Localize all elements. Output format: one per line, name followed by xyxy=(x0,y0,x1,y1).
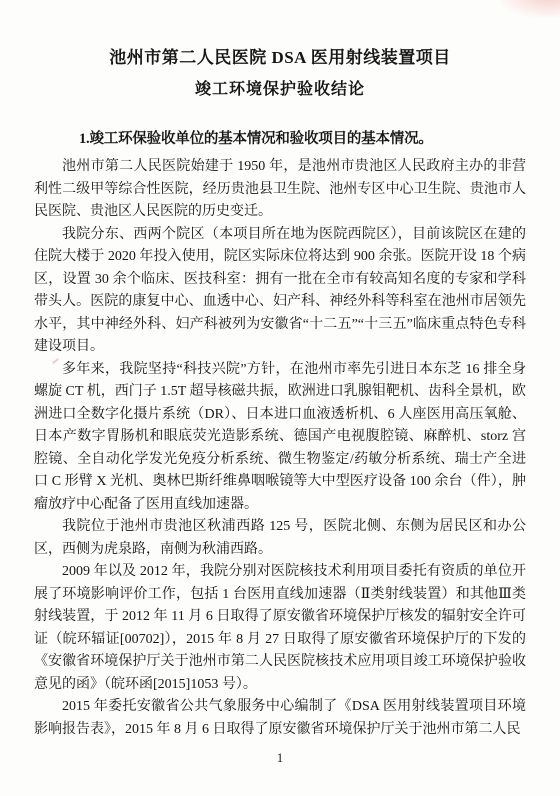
body-paragraph: 2015 年委托安徽省公共气象服务中心编制了《DSA 医用射线装置项目环境影响报… xyxy=(34,696,526,741)
page-number: 1 xyxy=(0,750,560,766)
document-title-line2: 竣工环境保护验收结论 xyxy=(34,80,526,100)
body-paragraph: 我院分东、西两个院区（本项目所在地为医院西院区），目前该院区在建的住院大楼于 2… xyxy=(34,224,526,359)
body-paragraph: 我院位于池州市贵池区秋浦西路 125 号，医院北侧、东侧为居民区和办公区，西侧为… xyxy=(34,516,526,561)
body-paragraph: 2009 年以及 2012 年，我院分别对医院核技术利用项目委托有资质的单位开展… xyxy=(34,561,526,696)
section-heading: 1.竣工环保验收单位的基本情况和验收项目的基本情况。 xyxy=(34,129,526,149)
document-page: 池州市第二人民医院 DSA 医用射线装置项目 竣工环境保护验收结论 1.竣工环保… xyxy=(0,0,560,796)
body-paragraph: 多年来，我院坚持“科技兴院”方针，在池州市率先引进日本东芝 16 排全身螺旋 C… xyxy=(34,359,526,517)
document-title-line1: 池州市第二人民医院 DSA 医用射线装置项目 xyxy=(34,0,526,68)
body-paragraph: 池州市第二人民医院始建于 1950 年，是池州市贵池区人民政府主办的非营利性二级… xyxy=(34,156,526,224)
document-body: 池州市第二人民医院始建于 1950 年，是池州市贵池区人民政府主办的非营利性二级… xyxy=(34,156,526,741)
